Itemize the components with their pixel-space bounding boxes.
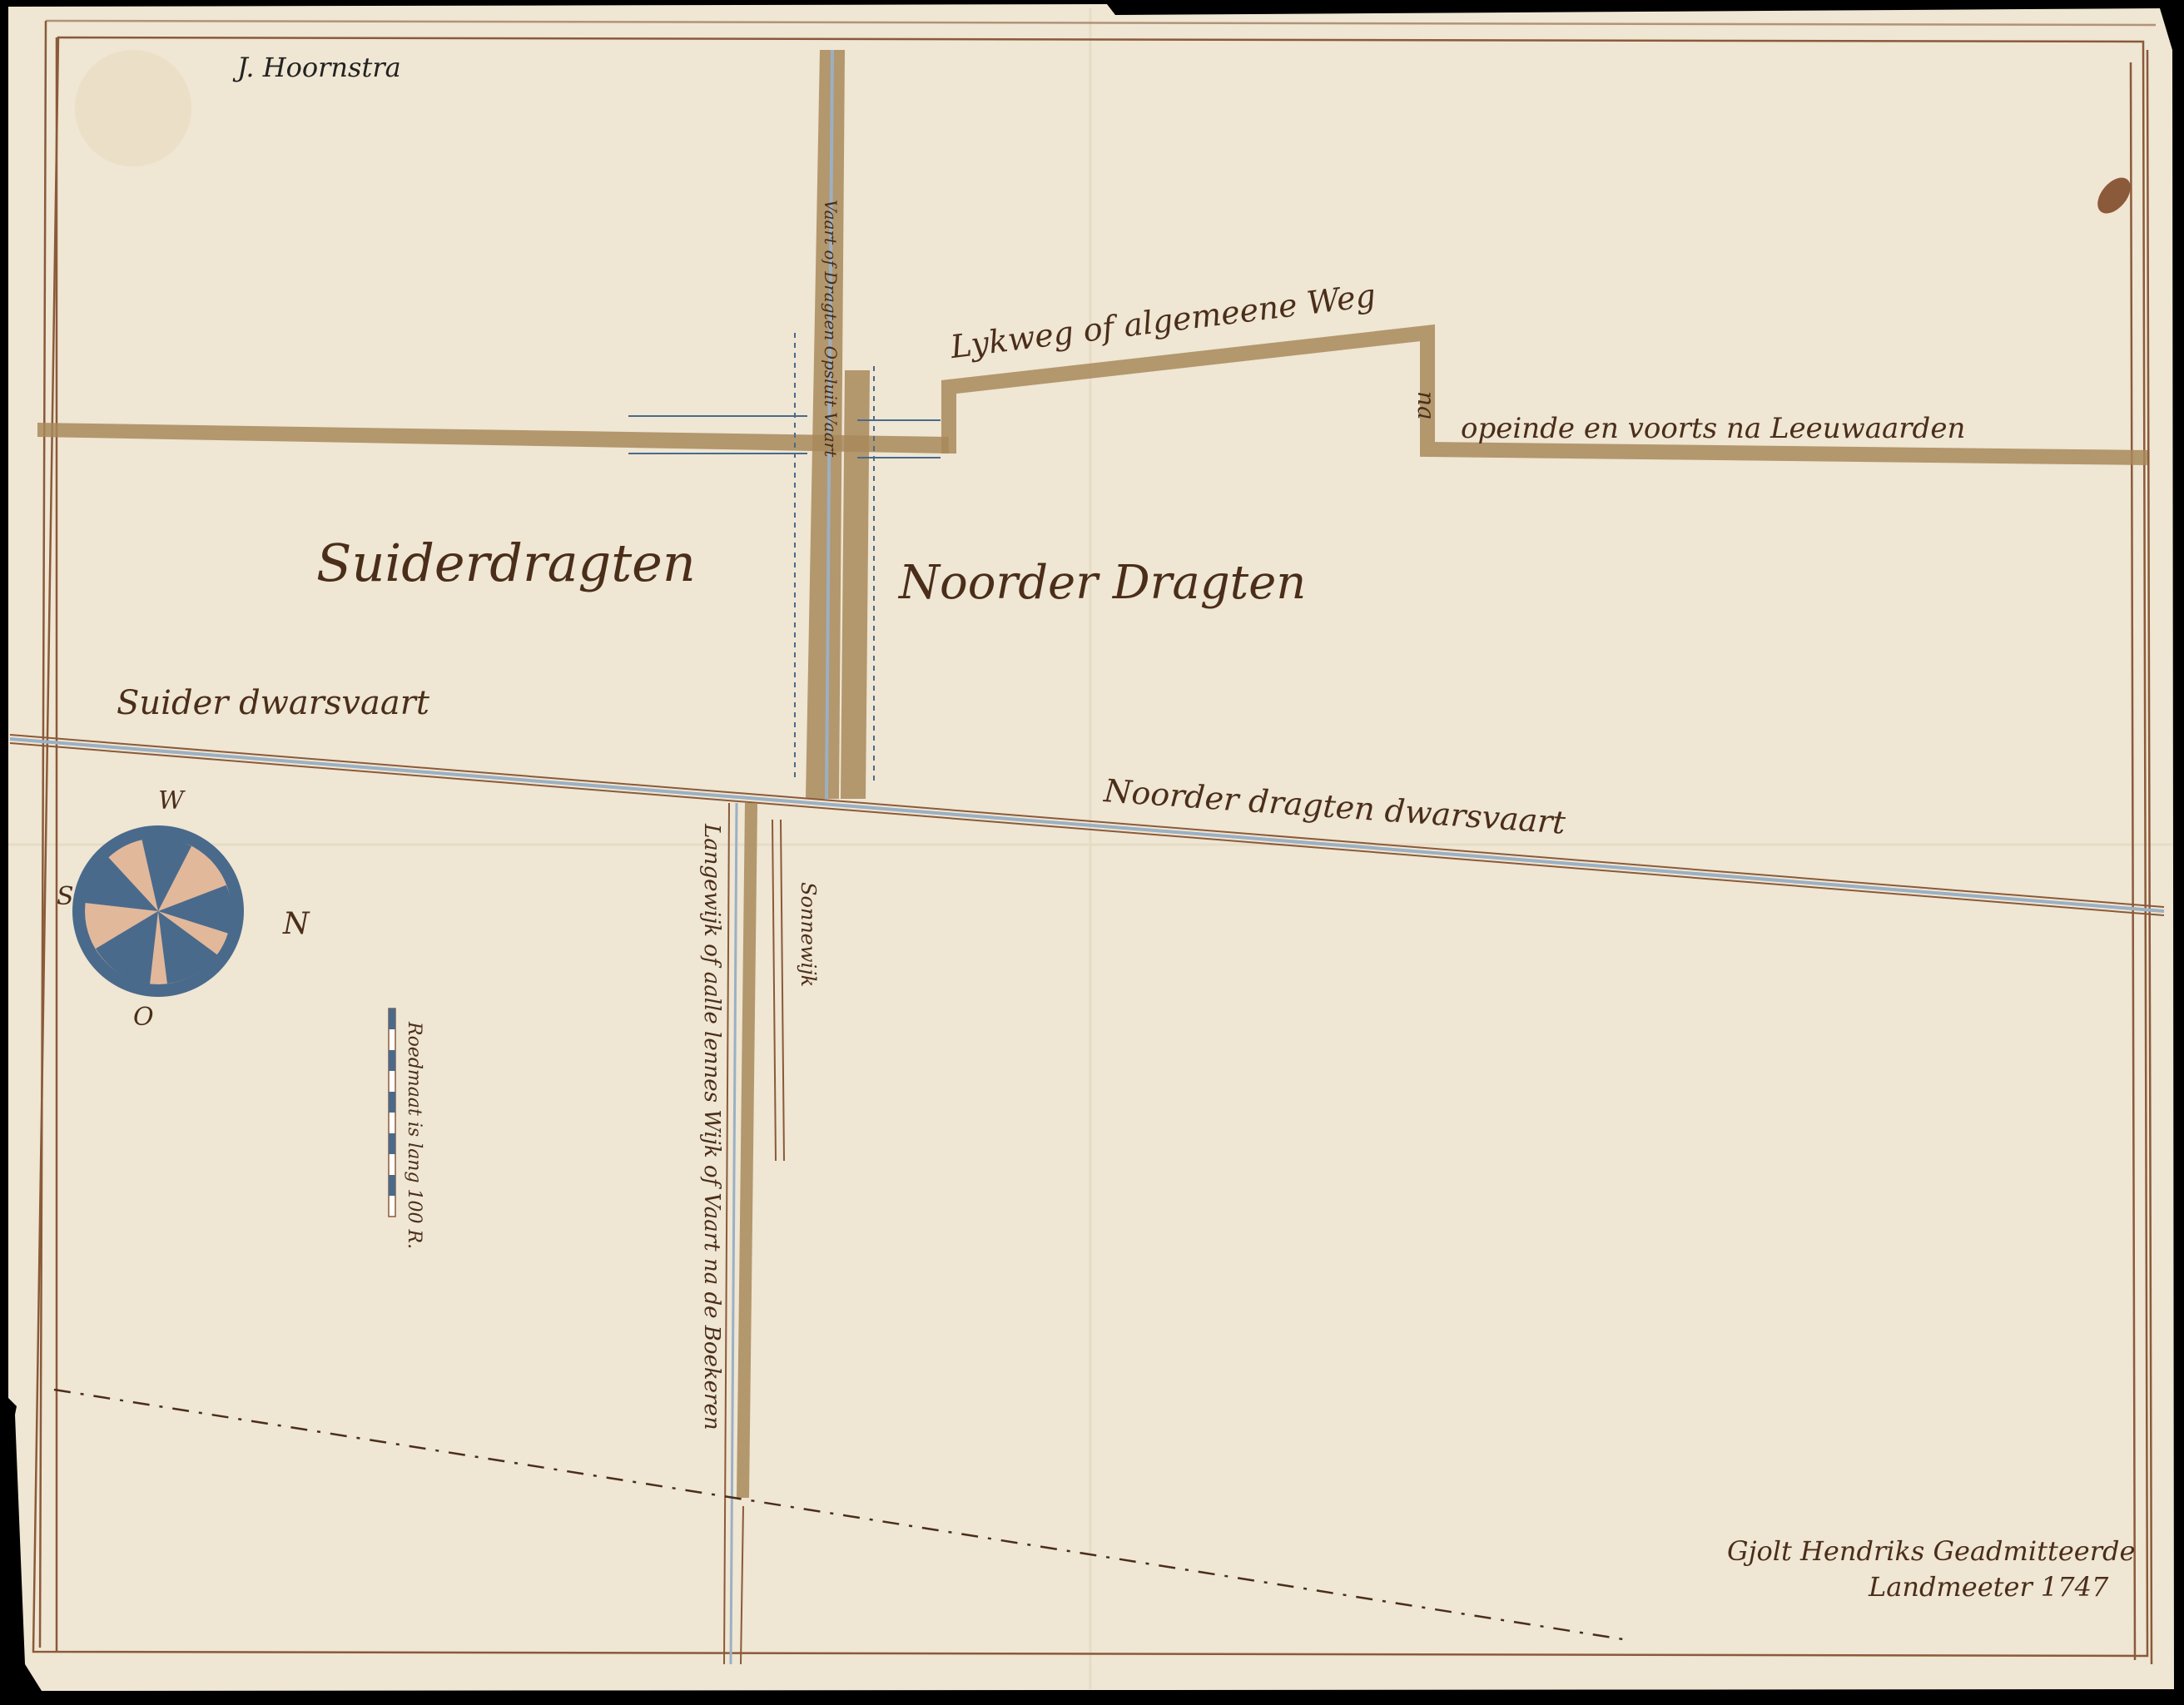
signature-line1: Gjolt Hendriks Geadmitteerde	[1727, 1535, 2135, 1567]
compass-south: S	[57, 882, 74, 911]
place-noorder-dragten: Noorder Dragten	[899, 556, 1306, 610]
compass-north: N	[283, 907, 310, 941]
road-opeinde: opeinde en voorts na Leeuwaarden	[1461, 412, 1965, 445]
owner-stamp: J. Hoornstra	[237, 52, 401, 83]
waterway-main-vaart: Vaart of Dragten Opsluit Vaart	[821, 200, 841, 457]
waterway-langewijk: Langewijk of aalle lennes Wijk of Vaart …	[699, 824, 724, 1430]
road-na: na	[1412, 391, 1440, 420]
map-sheet: J. Hoornstra Suiderdragten Noorder Dragt…	[0, 0, 2184, 1705]
place-suiderdragten: Suiderdragten	[316, 533, 696, 593]
compass-east: O	[133, 1003, 154, 1032]
waterway-sonnewijk: Sonnewijk	[797, 882, 820, 987]
compass-west: W	[158, 786, 184, 815]
signature-line2: Landmeeter 1747	[1869, 1571, 2108, 1603]
seal-stain	[75, 50, 191, 166]
compass-rose	[72, 825, 244, 997]
waterway-suider-dwarsvaart: Suider dwarsvaart	[117, 684, 429, 722]
scale-bar	[389, 1009, 395, 1217]
scale-label: Roedmaat is lang 100 R.	[404, 1022, 424, 1249]
